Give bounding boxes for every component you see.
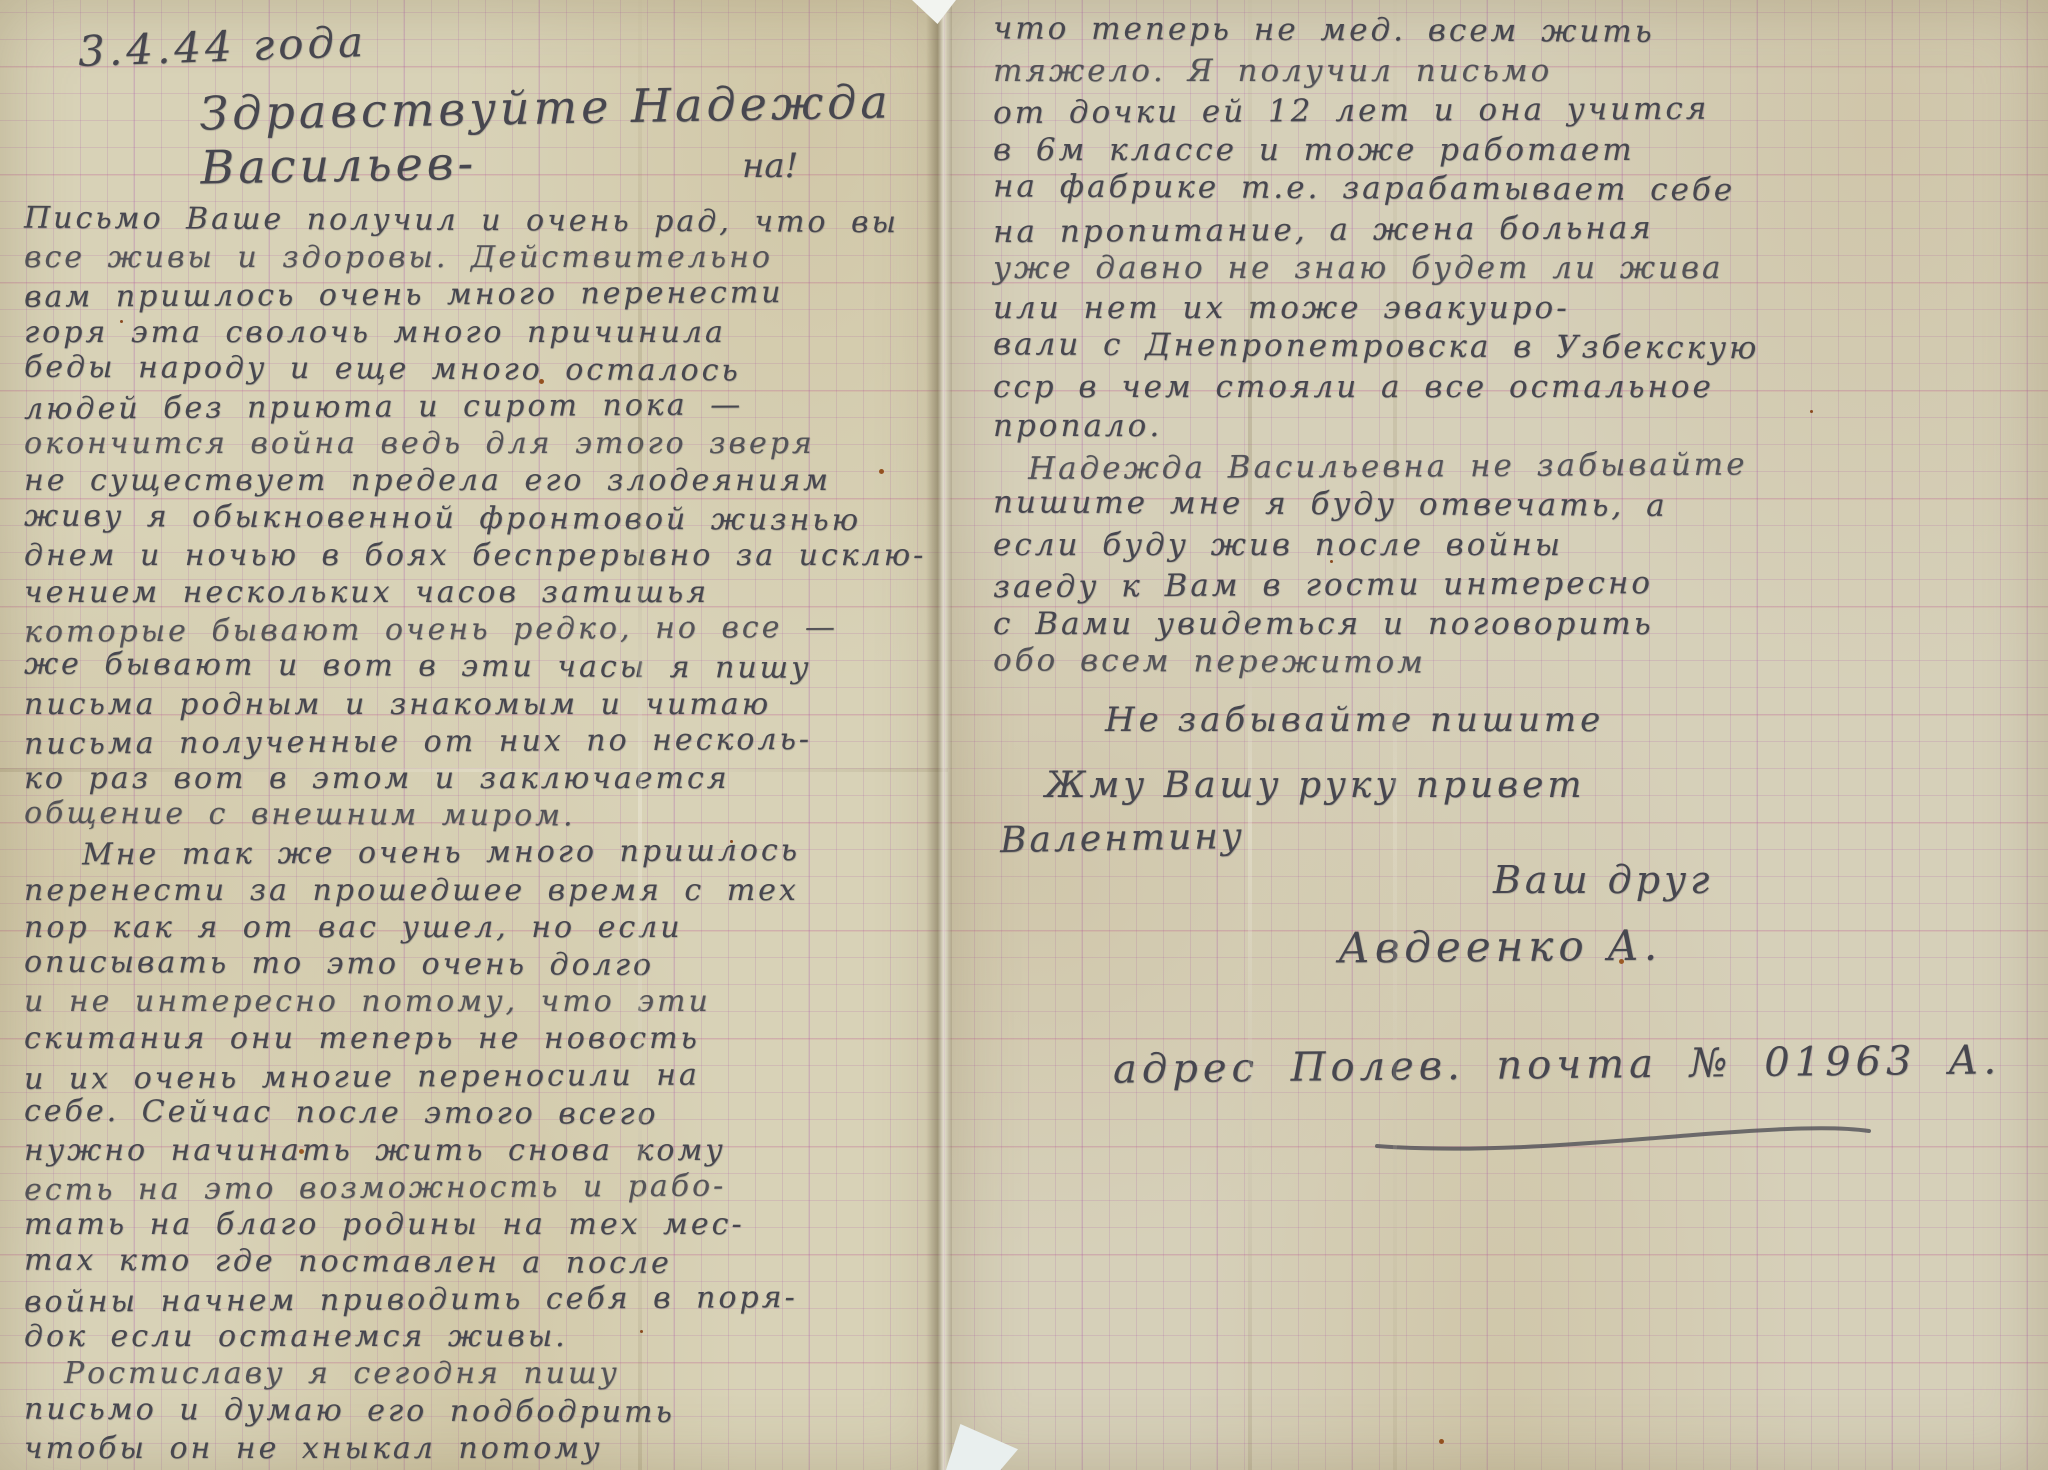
letter-line: пор как я от вас ушел, но если [24, 909, 936, 946]
letter-line: войны начнем приводить себя в поря- [24, 1278, 936, 1321]
letter-line: док если останемся живы. [24, 1318, 936, 1355]
left-page-body: Письмо Ваше получил и очень рад, что выв… [24, 202, 936, 1467]
letter-page-left: 3.4.44 года Здравствуйте Надежда Василье… [0, 0, 948, 1470]
letter-line: уже давно не знаю будет ли жива [993, 249, 2013, 289]
closing-line: Жму Вашу руку привет [1045, 765, 1586, 806]
letter-page-right: что теперь не мед. всем житьтяжело. Я по… [948, 0, 2048, 1470]
letter-line: пропало. [993, 407, 2013, 447]
letter-line: письма полученные от них по несколь- [24, 720, 936, 763]
letter-line: тяжело. Я получил письмо [993, 52, 2013, 92]
letter-line: письмо и думаю его подбодрить [24, 1390, 936, 1432]
letter-line: нужно начинать жить снова кому [24, 1132, 936, 1169]
letter-line: тах кто где поставлен а после [24, 1241, 936, 1283]
letter-line: же бывают и вот в эти часы я пишу [24, 646, 936, 688]
paper-crease [1393, 0, 1397, 1470]
letter-line: на пропитание, а жена больная [993, 206, 2013, 252]
letter-line: описывать то это очень долго [24, 944, 936, 986]
letter-date: 3.4.44 года [77, 17, 368, 76]
letter-line: чтобы он не хныкал потому [24, 1430, 936, 1467]
signature-line: Ваш друг [1493, 858, 1713, 902]
letter-line: чением нескольких часов затишья [24, 574, 936, 611]
letter-line: Мне так же очень много пришлось [24, 832, 936, 875]
letter-line: и их очень многие переносили на [24, 1055, 936, 1098]
letter-line: вам пришлось очень много перенести [24, 274, 936, 317]
letter-line: не существует предела его злодеяниям [24, 462, 936, 499]
letter-line: Надежда Васильевна не забывайте [993, 443, 2013, 489]
letter-line: сср в чем стояли а все остальное [993, 368, 2013, 408]
signature-flourish [1373, 1122, 1873, 1154]
letter-line: окончится война ведь для этого зверя [24, 425, 936, 462]
letter-line: общение с внешним миром. [24, 795, 936, 837]
letter-line: Ростиславу я сегодня пишу [24, 1355, 936, 1392]
letter-line: на фабрике т.е. зарабатывает себе [993, 167, 2013, 212]
letter-line: днем и ночью в боях беспрерывно за исклю… [24, 537, 936, 574]
letter-line: перенести за прошедшее время с тех [24, 872, 936, 909]
letter-line: в 6м классе и тоже работает [993, 131, 2013, 171]
letter-line: с Вами увидеться и поговорить [993, 605, 2013, 645]
letter-line: что теперь не мед. всем жить [993, 9, 2013, 54]
letter-line: ко раз вот в этом и заключается [24, 760, 936, 797]
page-seam [926, 0, 952, 1470]
letter-line: и не интересно потому, что эти [24, 983, 936, 1020]
letter-line: пишите мне я буду отвечать, а [993, 483, 2013, 528]
letter-line: вали с Днепропетровска в Узбекскую [993, 325, 2013, 370]
paper-crease [0, 768, 948, 772]
paper-crease [638, 0, 642, 1470]
letter-line: которые бывают очень редко, но все — [24, 608, 936, 651]
right-page-body: что теперь не мед. всем житьтяжело. Я по… [993, 12, 2013, 684]
letter-line: скитания они теперь не новость [24, 1020, 936, 1057]
letter-line: людей без приюта и сирот пока — [24, 385, 936, 428]
letter-line: Письмо Ваше получил и очень рад, что вы [24, 200, 936, 242]
closing-line: Не забывайте пишите [1105, 700, 1604, 740]
letter-line: если буду жив после войны [993, 526, 2013, 566]
letter-line: все живы и здоровы. Действительно [24, 239, 936, 276]
letter-line: горя эта сволочь много причинила [24, 314, 936, 351]
letter-line: от дочки ей 12 лет и она учится [993, 88, 2013, 134]
letter-line: заеду к Вам в гости интересно [993, 562, 2013, 608]
signature-name: Авдеенко А. [1338, 921, 1663, 973]
letter-line: есть на это возможность и рабо- [24, 1166, 936, 1209]
letter-line: обо всем пережитом [993, 641, 2013, 686]
greeting-suffix: на! [742, 146, 798, 186]
closing-line: Валентину [1000, 816, 1245, 861]
letter-scan: 3.4.44 года Здравствуйте Надежда Василье… [0, 0, 2048, 1470]
letter-line: себе. Сейчас после этого всего [24, 1092, 936, 1134]
letter-line: живу я обыкновенной фронтовой жизнью [24, 497, 936, 539]
greeting-line: Здравствуйте Надежда Васильев- [199, 73, 949, 194]
paper-crease [1248, 0, 1252, 1470]
letter-line: тать на благо родины на тех мес- [24, 1206, 936, 1243]
letter-line: беды народу и еще много осталось [24, 348, 936, 390]
letter-line: письма родным и знакомым и читаю [24, 686, 936, 723]
paper-specks [120, 320, 123, 323]
field-post-address: адрес Полев. почта № 01963 А. [1113, 1037, 2002, 1092]
letter-line: или нет их тоже эвакуиро- [993, 289, 2013, 329]
